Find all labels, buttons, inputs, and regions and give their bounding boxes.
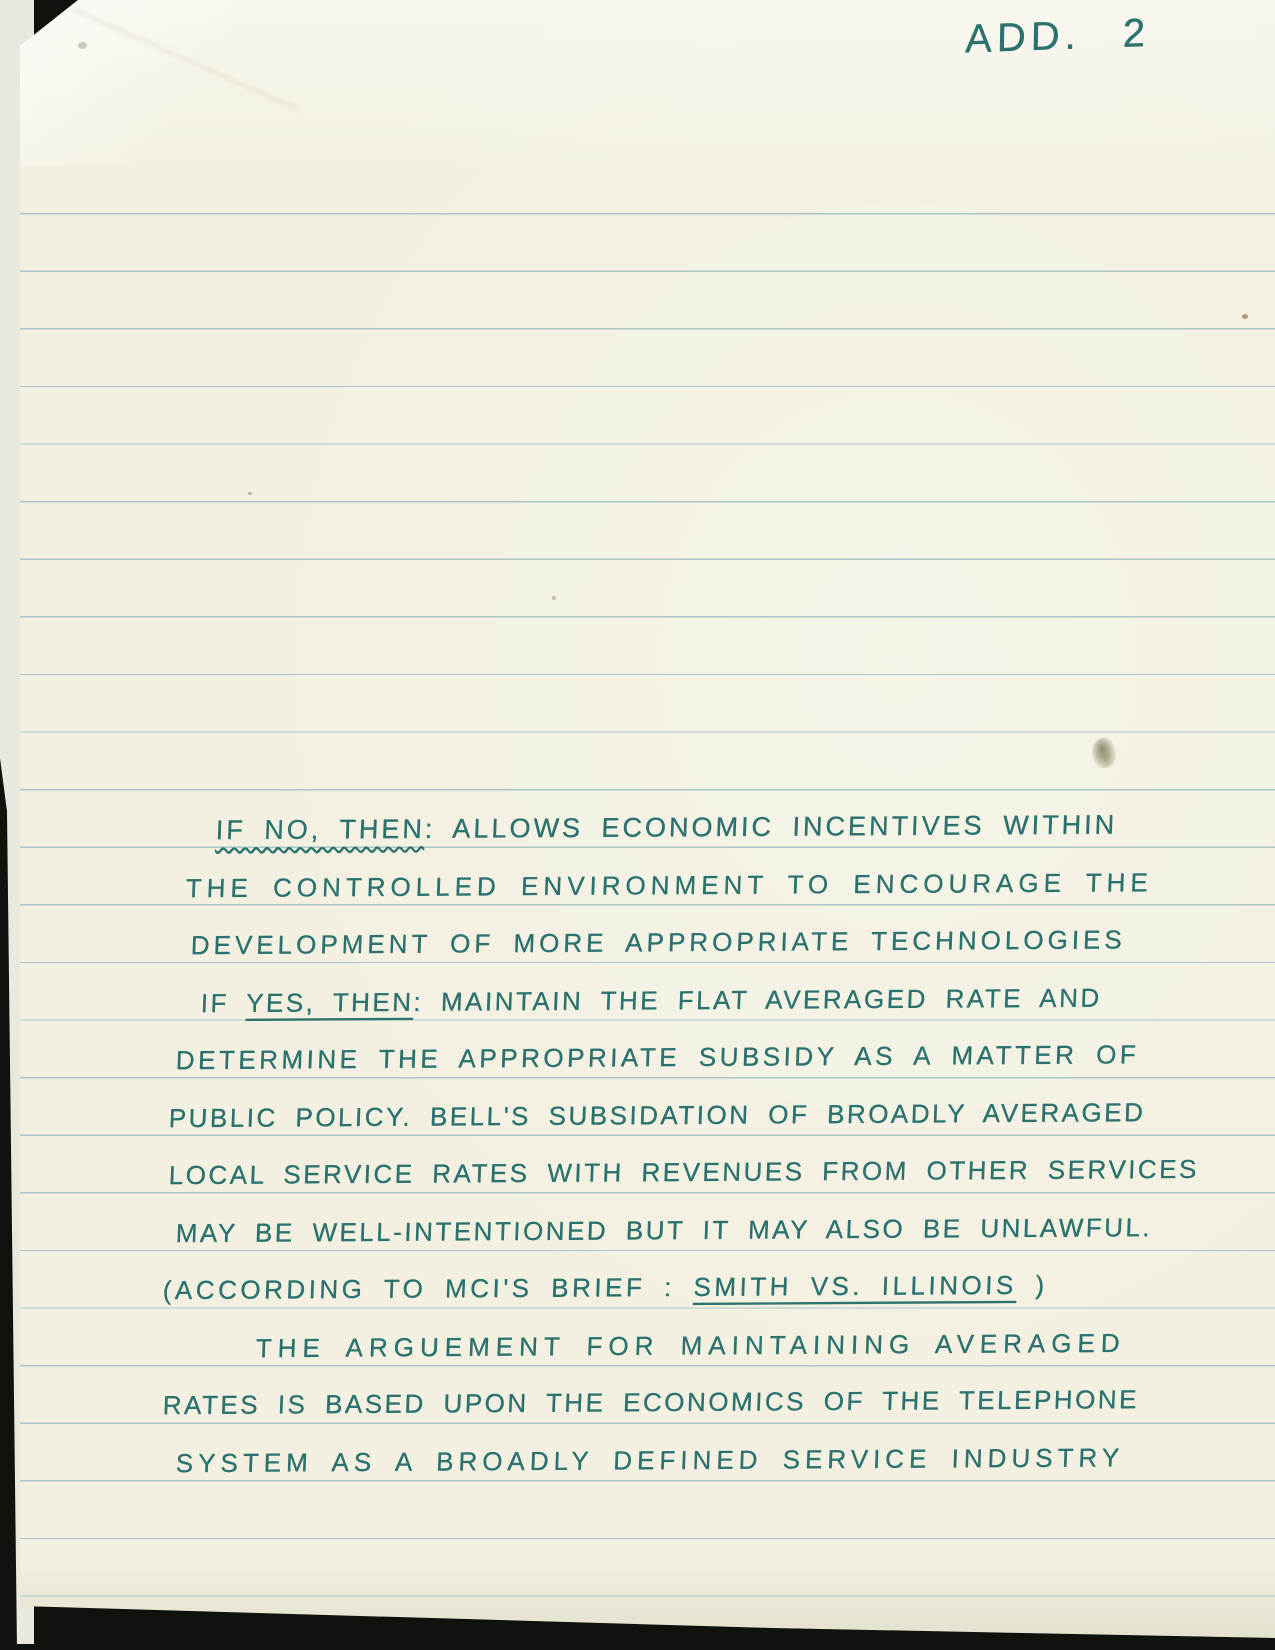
handwritten-line: LOCAL SERVICE RATES WITH REVENUES FROM O… — [168, 1151, 1199, 1193]
line-text: MAY BE WELL-INTENTIONED BUT IT MAY ALSO … — [175, 1212, 1152, 1248]
page-number-annotation: ADD. 2 — [965, 11, 1151, 63]
paper-speck — [1242, 314, 1248, 319]
line-text: (ACCORDING TO MCI'S BRIEF : — [162, 1272, 694, 1305]
line-text: ) — [1016, 1270, 1048, 1300]
line-text: THE CONTROLLED ENVIRONMENT TO ENCOURAGE … — [185, 867, 1153, 903]
line-text: PUBLIC POLICY. BELL'S SUBSIDATION OF BRO… — [168, 1097, 1146, 1133]
line-text: RATES IS BASED UPON THE ECONOMICS OF THE… — [162, 1384, 1139, 1420]
line-text: IF — [200, 988, 246, 1018]
handwritten-line: IF YES, THEN: MAINTAIN THE FLAT AVERAGED… — [200, 979, 1102, 1021]
handwritten-line: PUBLIC POLICY. BELL'S SUBSIDATION OF BRO… — [168, 1094, 1146, 1136]
notebook-page: ADD. 2 IF NO, THEN: ALLOWS ECONOMIC INCE… — [20, 0, 1275, 1650]
handwritten-line: THE CONTROLLED ENVIRONMENT TO ENCOURAGE … — [185, 864, 1153, 906]
handwritten-line: (ACCORDING TO MCI'S BRIEF : SMITH VS. IL… — [162, 1267, 1048, 1308]
handwritten-line: SYSTEM AS A BROADLY DEFINED SERVICE INDU… — [175, 1439, 1125, 1481]
handwritten-line: MAY BE WELL-INTENTIONED BUT IT MAY ALSO … — [175, 1209, 1153, 1251]
line-text: DETERMINE THE APPROPRIATE SUBSIDY AS A M… — [175, 1039, 1140, 1075]
ink-stain — [1092, 738, 1116, 768]
line-text: : ALLOWS ECONOMIC INCENTIVES WITHIN — [424, 809, 1117, 843]
underlined-phrase: IF NO, THEN — [215, 814, 425, 845]
handwritten-line: RATES IS BASED UPON THE ECONOMICS OF THE… — [162, 1381, 1140, 1423]
paper-speck — [248, 492, 252, 495]
handwritten-line: DETERMINE THE APPROPRIATE SUBSIDY AS A M… — [175, 1036, 1140, 1078]
underlined-phrase: SMITH VS. ILLINOIS — [693, 1270, 1017, 1302]
handwritten-line: DEVELOPMENT OF MORE APPROPRIATE TECHNOLO… — [190, 921, 1126, 963]
paper-speck — [552, 596, 556, 600]
line-text: THE ARGUEMENT FOR MAINTAINING AVERAGED — [255, 1328, 1126, 1363]
underlined-phrase: YES, THEN — [245, 987, 413, 1018]
handwritten-line: THE ARGUEMENT FOR MAINTAINING AVERAGED — [255, 1325, 1126, 1366]
paper-speck — [78, 42, 87, 49]
line-text: DEVELOPMENT OF MORE APPROPRIATE TECHNOLO… — [190, 924, 1126, 960]
corner-fold-highlight — [20, 0, 320, 165]
handwritten-line: IF NO, THEN: ALLOWS ECONOMIC INCENTIVES … — [215, 806, 1118, 848]
line-text: SYSTEM AS A BROADLY DEFINED SERVICE INDU… — [175, 1442, 1124, 1478]
corner-crease-shadow — [70, 7, 299, 111]
line-text: LOCAL SERVICE RATES WITH REVENUES FROM O… — [168, 1154, 1199, 1190]
line-text: : MAINTAIN THE FLAT AVERAGED RATE AND — [413, 982, 1102, 1016]
